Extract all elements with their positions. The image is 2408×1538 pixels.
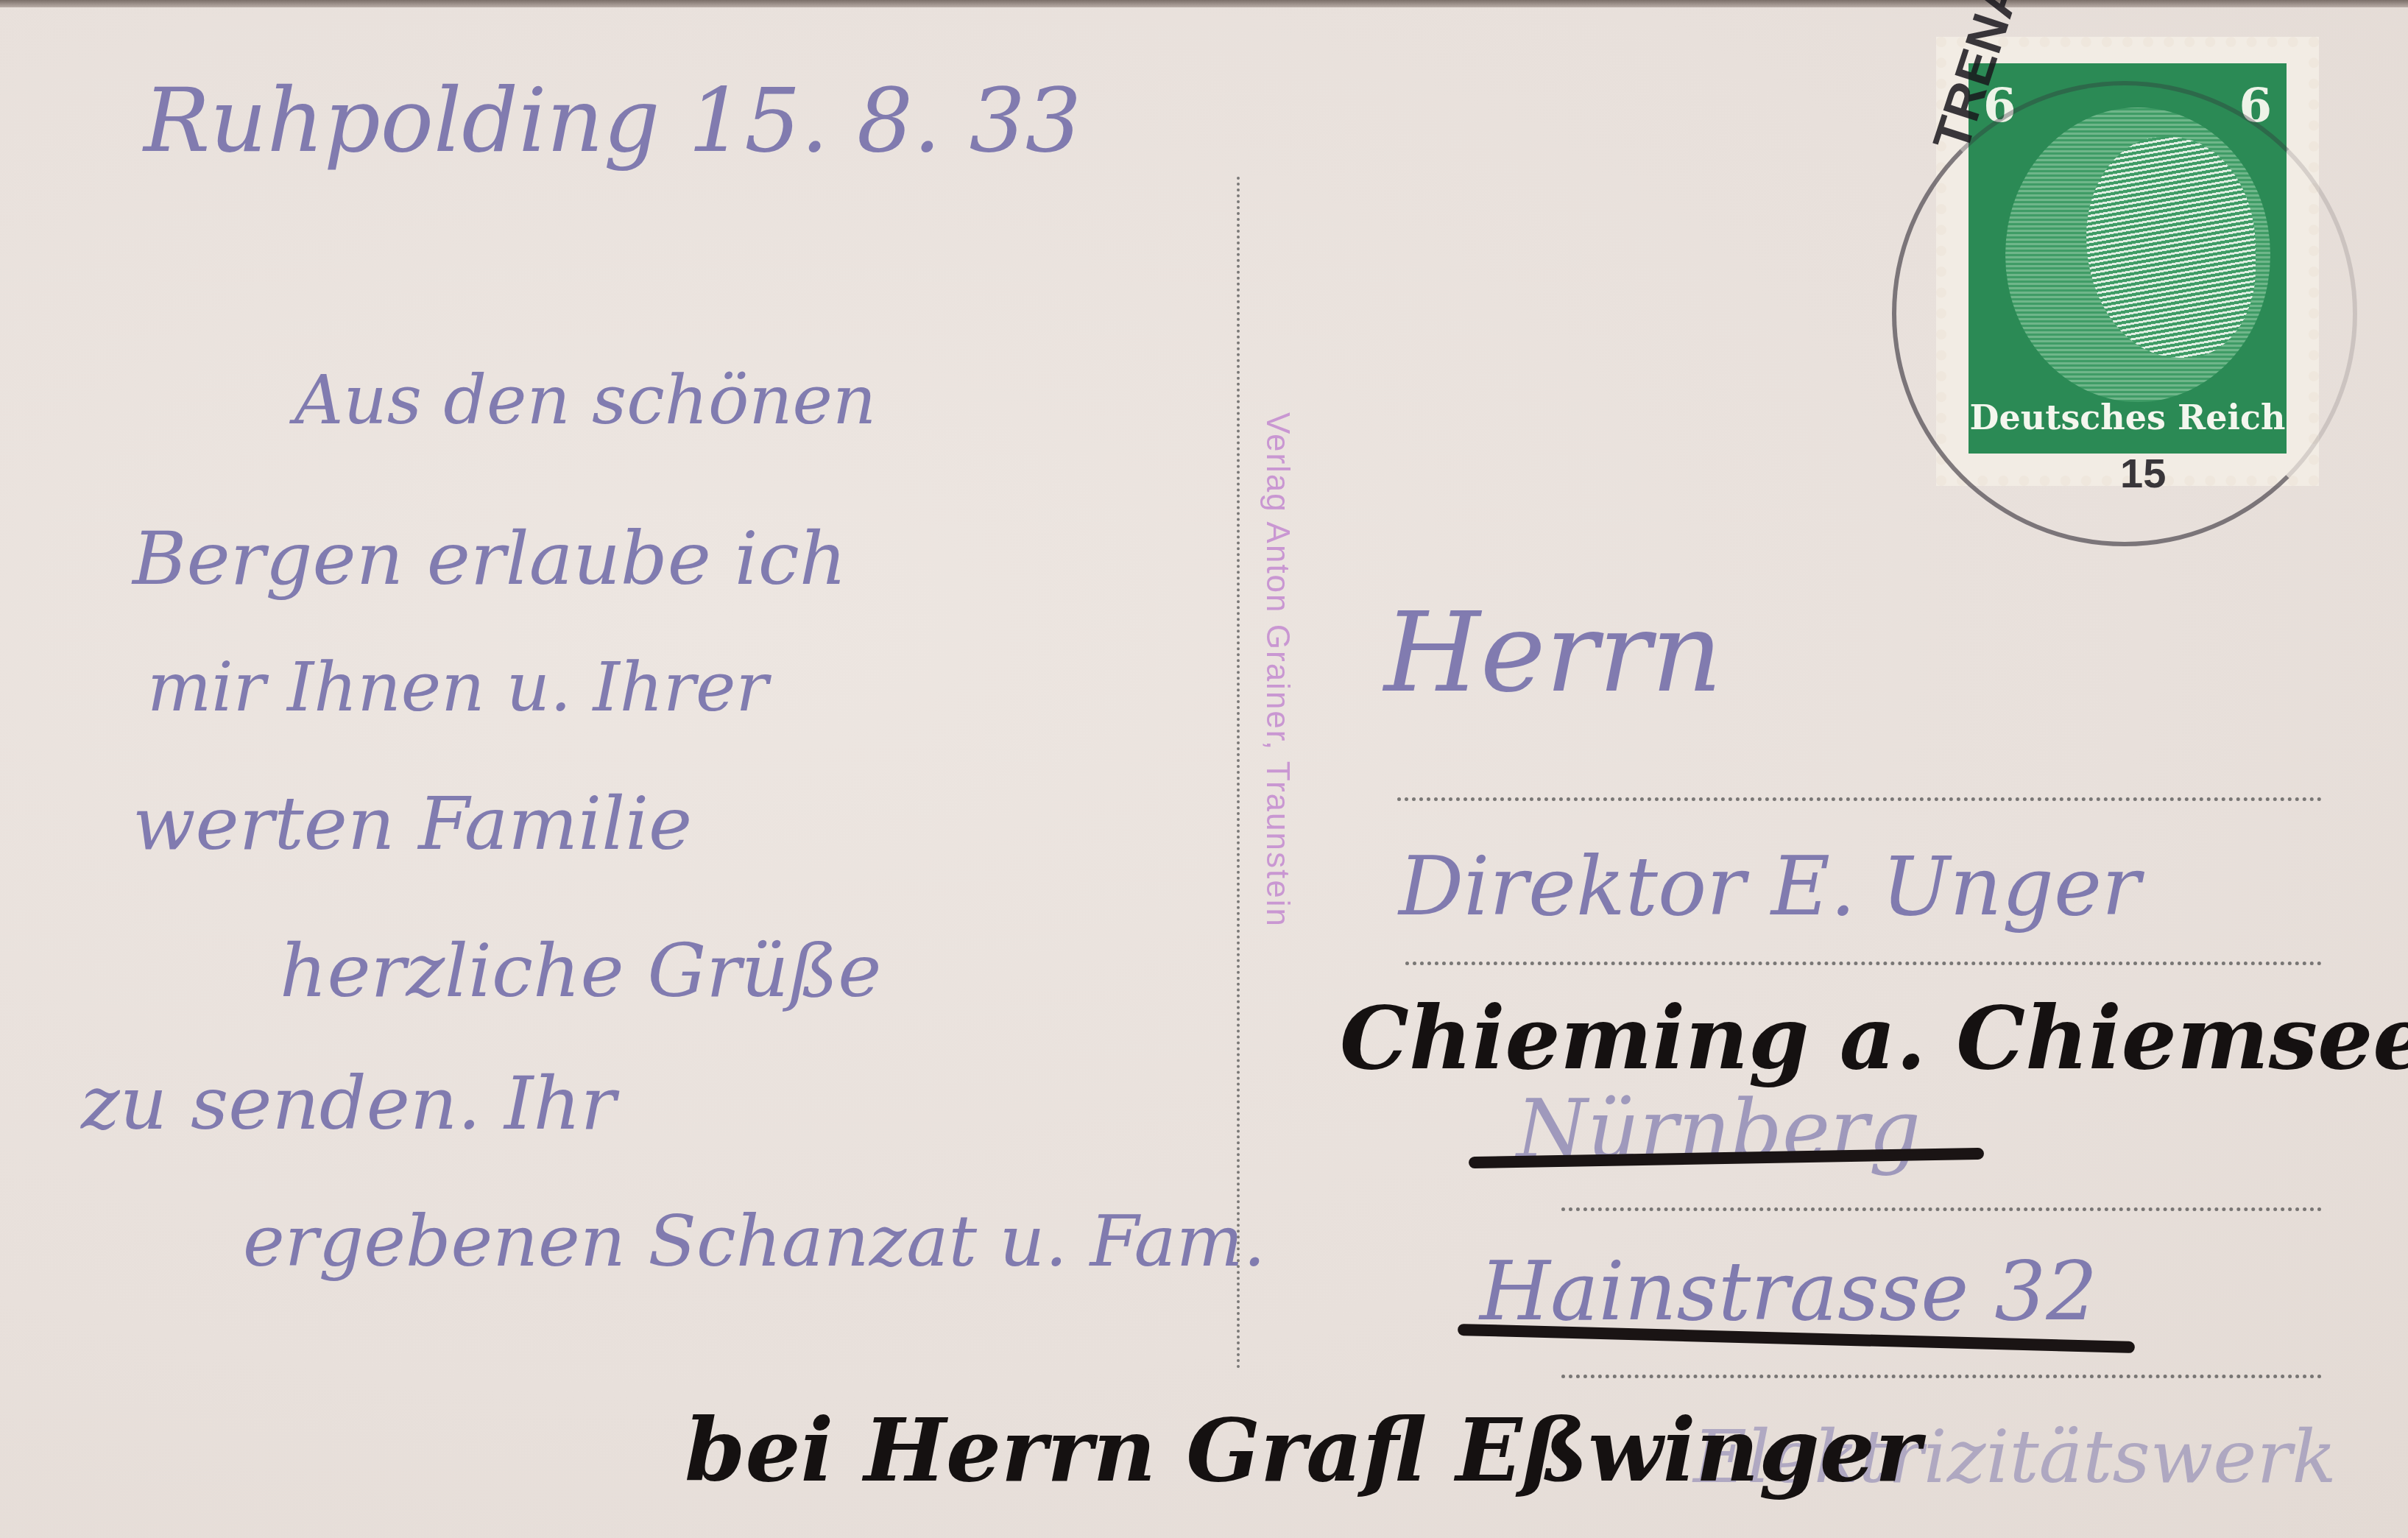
postmark-date: 15	[2120, 449, 2166, 497]
place-date: Ruhpolding 15. 8. 33	[144, 70, 1081, 172]
message-line-2: Bergen erlaube ich	[133, 515, 847, 602]
address-recipient: Direktor E. Unger	[1399, 839, 2141, 934]
card-top-edge	[0, 0, 2408, 7]
forwarding-note: bei Herrn Grafl Eßwinger	[685, 1399, 1921, 1501]
address-line-4	[1561, 1375, 2322, 1378]
address-city-new: Chieming a. Chiemsee	[1340, 987, 2408, 1089]
message-line-1: Aus den schönen	[294, 361, 876, 440]
address-street-crossed: Hainstrasse 32	[1480, 1244, 2097, 1338]
message-line-7: ergebenen Schanzat u. Fam.	[243, 1200, 1265, 1283]
message-line-5: herzliche Grüße	[280, 928, 881, 1014]
message-line-4: werten Familie	[133, 780, 692, 867]
message-line-3: mir Ihnen u. Ihrer	[147, 648, 768, 727]
address-line-3	[1561, 1207, 2322, 1211]
address-line-1	[1397, 797, 2322, 801]
message-line-6: zu senden. Ihr	[81, 1060, 616, 1146]
postcard-back: Ruhpolding 15. 8. 33 Aus den schönen Ber…	[0, 0, 2408, 1538]
address-line-2	[1405, 962, 2322, 965]
center-divider	[1237, 177, 1240, 1369]
address-salutation: Herrn	[1384, 589, 1723, 717]
publisher-imprint: Verlag Anton Grainer, Traunstein	[1259, 412, 1296, 928]
